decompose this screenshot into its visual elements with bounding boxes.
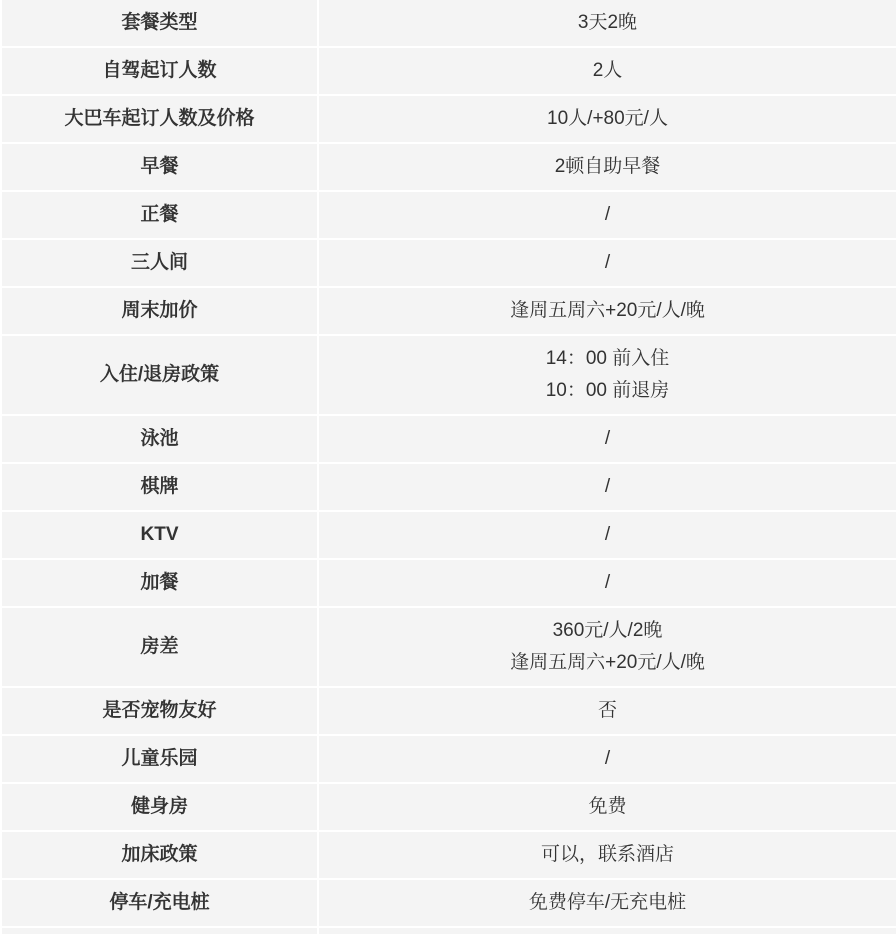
value-line: / <box>319 471 896 503</box>
table-row-breakfast: 早餐 2顿自助早餐 <box>0 144 896 192</box>
value-line: 免费 <box>319 791 896 823</box>
row-label: 大巴车起订人数及价格 <box>0 96 319 144</box>
row-value: / <box>319 560 896 608</box>
value-line: / <box>319 519 896 551</box>
table-row-parking-charging: 停车/充电桩 免费停车/无充电桩 <box>0 880 896 928</box>
row-label: 健身房 <box>0 784 319 832</box>
value-line: 否 <box>319 695 896 727</box>
row-label: 停车/充电桩 <box>0 880 319 928</box>
row-value: 2人 <box>319 48 896 96</box>
table-row-meals: 正餐 / <box>0 192 896 240</box>
value-line: 2顿自助早餐 <box>319 151 896 183</box>
row-label: 加餐 <box>0 560 319 608</box>
row-value: / <box>319 192 896 240</box>
table-row-extra-bed: 加床政策 可以，联系酒店 <box>0 832 896 880</box>
value-line: / <box>319 247 896 279</box>
table-row-ktv: KTV / <box>0 512 896 560</box>
table-row-extra-meal: 加餐 / <box>0 560 896 608</box>
row-label: 自驾起订人数 <box>0 48 319 96</box>
table-row-checkin-checkout: 入住/退房政策 14：00 前入住 10：00 前退房 <box>0 336 896 416</box>
table-row-room-difference: 房差 360元/人/2晚 逢周五周六+20元/人/晚 <box>0 608 896 688</box>
row-value: / <box>319 736 896 784</box>
table-row-pet-friendly: 是否宠物友好 否 <box>0 688 896 736</box>
row-label: 套餐类型 <box>0 0 319 48</box>
table-row-triple-room: 三人间 / <box>0 240 896 288</box>
value-line: 2人 <box>319 55 896 87</box>
row-value: / <box>319 240 896 288</box>
row-label: 入住/退房政策 <box>0 336 319 416</box>
row-label: 早餐 <box>0 144 319 192</box>
table-row-kids-playground: 儿童乐园 / <box>0 736 896 784</box>
value-line: 360元/人/2晚 <box>319 615 896 647</box>
row-label: KTV <box>0 512 319 560</box>
row-label: 周末加价 <box>0 288 319 336</box>
table-row-self-drive-min: 自驾起订人数 2人 <box>0 48 896 96</box>
value-line: 逢周五周六+20元/人/晚 <box>319 647 896 679</box>
hotel-package-info-table: 套餐类型 3天2晚 自驾起订人数 2人 大巴车起订人数及价格 10人/+80元/… <box>0 0 896 934</box>
row-label: 儿童乐园 <box>0 736 319 784</box>
row-value: 3天2晚 <box>319 0 896 48</box>
value-line: 3天2晚 <box>319 7 896 39</box>
row-value: 否 <box>319 688 896 736</box>
row-value: 360元/人/2晚 逢周五周六+20元/人/晚 <box>319 608 896 688</box>
row-value: 免费停车/无充电桩 <box>319 880 896 928</box>
value-line: 14：00 前入住 <box>319 343 896 375</box>
table-row-weekend-surcharge: 周末加价 逢周五周六+20元/人/晚 <box>0 288 896 336</box>
value-line: 可以，联系酒店 <box>319 839 896 871</box>
row-value: 10人/+80元/人 <box>319 96 896 144</box>
row-label: 泳池 <box>0 416 319 464</box>
table-row-pool: 泳池 / <box>0 416 896 464</box>
row-value: 可以，联系酒店 <box>319 832 896 880</box>
row-label: 加床政策 <box>0 832 319 880</box>
row-value: / <box>319 512 896 560</box>
value-line: / <box>319 567 896 599</box>
value-line: / <box>319 423 896 455</box>
table-row-chess-cards: 棋牌 / <box>0 464 896 512</box>
value-line: 免费停车/无充电桩 <box>319 887 896 919</box>
row-value: 逢周五周六+20元/人/晚 <box>319 288 896 336</box>
table-row-gym: 健身房 免费 <box>0 784 896 832</box>
row-label: 三人间 <box>0 240 319 288</box>
row-value: / <box>319 464 896 512</box>
table-row-bus-min-price: 大巴车起订人数及价格 10人/+80元/人 <box>0 96 896 144</box>
row-value: 2顿自助早餐 <box>319 144 896 192</box>
row-value <box>319 928 896 934</box>
value-line: 10人/+80元/人 <box>319 103 896 135</box>
value-line: 逢周五周六+20元/人/晚 <box>319 295 896 327</box>
row-label: 正餐 <box>0 192 319 240</box>
value-line: / <box>319 743 896 775</box>
table-row-package-type: 套餐类型 3天2晚 <box>0 0 896 48</box>
value-line: 10：00 前退房 <box>319 375 896 407</box>
table-row-partial <box>0 928 896 934</box>
row-label: 房差 <box>0 608 319 688</box>
row-value: 免费 <box>319 784 896 832</box>
row-label <box>0 928 319 934</box>
value-line: / <box>319 199 896 231</box>
row-label: 棋牌 <box>0 464 319 512</box>
row-label: 是否宠物友好 <box>0 688 319 736</box>
row-value: 14：00 前入住 10：00 前退房 <box>319 336 896 416</box>
row-value: / <box>319 416 896 464</box>
